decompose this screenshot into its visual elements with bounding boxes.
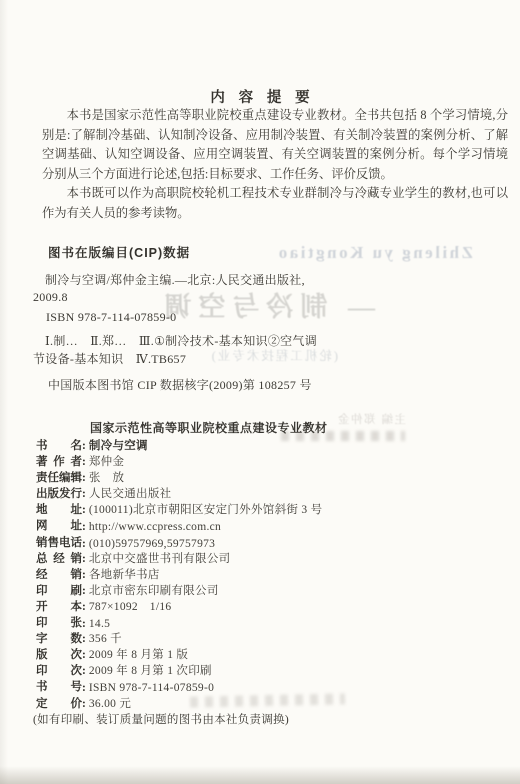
colophon-value: 郑仲金 (89, 456, 124, 468)
summary-paragraph: 本书是国家示范性高等职业院校重点建设专业教材。全书共包括 8 个学习情境,分别是… (42, 106, 508, 184)
book-copyright-page: Zhileng yu Kongtiao — 制冷与空调 (轮机工程技术专业) 主… (0, 0, 520, 784)
colophon-row-printer: 印刷:北京市密东印刷有限公司 (36, 582, 476, 598)
colon-separator: : (82, 665, 86, 677)
colophon-label: 责任编辑 (36, 469, 82, 485)
colophon-label: 书号 (36, 678, 82, 694)
colophon-label: 地址 (36, 501, 82, 517)
colon-separator: : (82, 618, 86, 630)
colon-separator: : (82, 682, 86, 694)
colophon-label: 开本 (36, 598, 82, 614)
colophon-label: 出版发行 (36, 485, 82, 501)
colophon-label: 印张 (36, 614, 82, 630)
colophon-row-author: 著作者:郑仲金 (36, 453, 476, 469)
summary-section-title: 内容提要 (0, 86, 520, 107)
colophon-value: 2009 年 8 月第 1 版 (89, 649, 188, 661)
colophon-row-sheets: 印张:14.5 (36, 614, 476, 630)
colon-separator: : (82, 456, 86, 468)
colophon-value: 制冷与空调 (89, 440, 148, 452)
colophon-row-editor: 责任编辑:张 放 (36, 469, 476, 485)
colon-separator: : (82, 504, 86, 516)
cip-heading: 图书在版编目(CIP)数据 (48, 243, 190, 261)
colon-separator: : (82, 698, 86, 710)
colophon-row-word-count: 字数:356 千 (36, 630, 476, 646)
summary-paragraph: 本书既可以作为高职院校轮机工程技术专业群制冷与冷藏专业学生的教材,也可以作为有关… (42, 184, 508, 223)
scan-bottom-shadow (0, 766, 520, 784)
colon-separator: : (82, 553, 86, 565)
colophon-value: 北京市密东印刷有限公司 (89, 585, 219, 597)
cip-classification-line: Ⅰ.制… Ⅱ.郑… Ⅲ.①制冷技术-基本知识②空气调 (45, 332, 317, 349)
colon-separator: : (82, 601, 86, 613)
colon-separator: : (82, 538, 86, 550)
colophon-value: 14.5 (89, 618, 110, 630)
show-through-book-title: — 制冷与空调 (183, 285, 375, 324)
colon-separator: : (82, 521, 86, 533)
colophon-value: (100011)北京市朝阳区安定门外外馆斜街 3 号 (89, 504, 323, 516)
cip-record-line: 2009.8 (33, 290, 68, 305)
colophon-row-printing: 印次:2009 年 8 月第 1 次印刷 (36, 662, 476, 678)
colophon-label: 版次 (36, 646, 82, 662)
colophon-value: (010)59757969,59757973 (89, 538, 215, 550)
colophon-row-book-title: 书名:制冷与空调 (36, 437, 476, 453)
colon-separator: : (82, 569, 86, 581)
cip-register-number: 中国版本图书馆 CIP 数据核字(2009)第 108257 号 (48, 376, 312, 393)
colophon-label: 印次 (36, 662, 82, 678)
colophon-label: 网址 (36, 517, 82, 533)
colophon-row-website: 网址:http://www.ccpress.com.cn (36, 517, 476, 533)
cip-isbn: ISBN 978-7-114-07859-0 (46, 310, 176, 325)
colophon-value: 人民交通出版社 (89, 488, 172, 500)
colophon-row-price: 定价:36.00 元 (36, 695, 476, 711)
colon-separator: : (82, 440, 86, 452)
colophon-value: ISBN 978-7-114-07859-0 (89, 682, 214, 694)
colophon-label: 印刷 (36, 582, 82, 598)
colon-separator: : (82, 585, 86, 597)
colon-separator: : (82, 472, 86, 484)
colophon-label: 定价 (36, 695, 82, 711)
cip-record-line: 制冷与空调/郑仲金主编.—北京:人民交通出版社, (45, 271, 305, 288)
colophon-value: 356 千 (89, 633, 122, 645)
colophon-value: 张 放 (89, 472, 124, 484)
colophon-list: 书名:制冷与空调 著作者:郑仲金 责任编辑:张 放 出版发行:人民交通出版社 地… (36, 437, 476, 711)
colophon-row-sales-phone: 销售电话:(010)59757969,59757973 (36, 534, 476, 550)
cip-classification-line: 节设备-基本知识 Ⅳ.TB657 (33, 350, 186, 367)
colophon-value: 787×1092 1/16 (89, 601, 172, 613)
colophon-row-distributor: 经销:各地新华书店 (36, 566, 476, 582)
colophon-value: 36.00 元 (89, 698, 131, 710)
colophon-row-address: 地址:(100011)北京市朝阳区安定门外外馆斜街 3 号 (36, 501, 476, 517)
colon-separator: : (82, 649, 86, 661)
colophon-label: 销售电话 (36, 534, 82, 550)
colophon-value: 各地新华书店 (89, 569, 160, 581)
colophon-value: 2009 年 8 月第 1 次印刷 (89, 665, 212, 677)
colophon-row-edition: 版次:2009 年 8 月第 1 版 (36, 646, 476, 662)
colophon-label: 字数 (36, 630, 82, 646)
colophon-label: 经销 (36, 566, 82, 582)
colophon-label: 总经销 (36, 550, 82, 566)
colon-separator: : (82, 488, 86, 500)
colophon-label: 书名 (36, 437, 82, 453)
colophon-row-publisher: 出版发行:人民交通出版社 (36, 485, 476, 501)
colophon-row-general-distributor: 总经销:北京中交盛世书刊有限公司 (36, 550, 476, 566)
summary-paragraphs: 本书是国家示范性高等职业院校重点建设专业教材。全书共包括 8 个学习情境,分别是… (42, 106, 508, 224)
colophon-row-format: 开本:787×1092 1/16 (36, 598, 476, 614)
colophon-row-isbn: 书号:ISBN 978-7-114-07859-0 (36, 678, 476, 694)
colon-separator: : (82, 633, 86, 645)
series-title: 国家示范性高等职业院校重点建设专业教材 (90, 419, 328, 436)
quality-note: (如有印刷、装订质量问题的图书由本社负责调换) (33, 711, 289, 727)
show-through-pinyin-title: Zhileng yu Kongtiao (197, 243, 473, 263)
colophon-value: http://www.ccpress.com.cn (89, 521, 221, 533)
colophon-label: 著作者 (36, 453, 82, 469)
colophon-value: 北京中交盛世书刊有限公司 (89, 553, 231, 565)
